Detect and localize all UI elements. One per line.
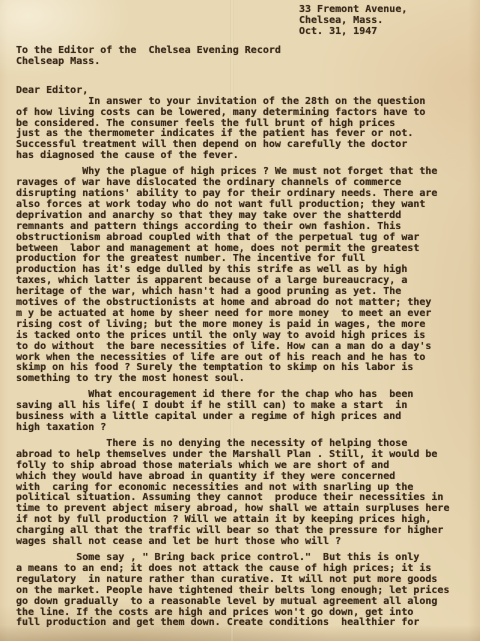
recipient-block: To the Editor of the Chelsea Evening Rec… bbox=[16, 46, 449, 68]
return-address-block: 33 Fremont Avenue, Chelsea, Mass. Oct. 3… bbox=[299, 5, 407, 38]
paragraph-5: Some say , " Bring back price control." … bbox=[16, 553, 449, 629]
letter-body: To the Editor of the Chelsea Evening Rec… bbox=[16, 46, 449, 634]
paragraph-2: Why the plague of high prices ? We must … bbox=[16, 167, 449, 385]
paragraph-1: In answer to your invitation of the 28th… bbox=[16, 97, 449, 162]
letter-page: 33 Fremont Avenue, Chelsea, Mass. Oct. 3… bbox=[0, 0, 480, 641]
paragraph-4: There is no denying the necessity of hel… bbox=[16, 439, 449, 548]
paragraph-3: What encouragement id there for the chap… bbox=[16, 390, 449, 434]
